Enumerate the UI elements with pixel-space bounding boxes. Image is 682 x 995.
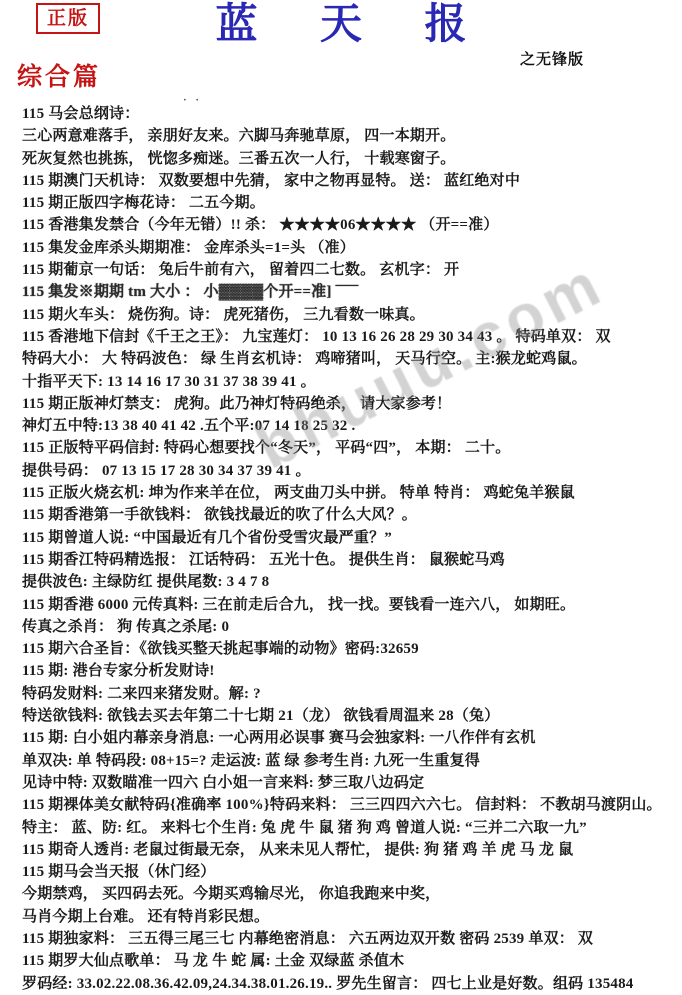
report-line-34: 115 期奇人透肖: 老鼠过街最无奈， 从来未见人帮忙， 提供: 狗 猪 鸡 羊… [22, 839, 680, 861]
report-line-16: 115 正版特平码信封: 特码心想要找个“冬天”， 平码“四”， 本期： 二十。 [22, 437, 680, 459]
section-title: 综合篇 [17, 57, 101, 93]
report-line-15: 神灯五中特:13 38 40 41 42 .五个平:07 14 18 25 32… [22, 415, 680, 437]
report-line-28: 特送欲钱料: 欲钱去买去年第二十七期 21（龙） 欲钱看周温来 28（兔） [22, 705, 680, 727]
report-line-2: 三心两意难落手， 亲朋好友来。六脚马奔驰草原， 四一本期开。 [22, 125, 680, 147]
report-line-26: 115 期: 港台专家分析发财诗! [22, 660, 680, 682]
report-line-30: 单双决: 单 特码段: 08+15=? 走运波: 蓝 绿 参考生肖: 九死一生重… [22, 750, 680, 772]
report-line-19: 115 期香港第一手欲钱料： 欲钱找最近的吹了什么大风？。 [22, 504, 680, 526]
report-line-7: 115 集发金库杀头期期准： 金库杀头=1=头 （准） [22, 237, 680, 259]
report-line-31: 见诗中特: 双数瞄准一四六 白小姐一言来料: 梦三取八边码定 [22, 772, 680, 794]
report-line-8: 115 期葡京一句话： 兔后牛前有六， 留着四二七数。 玄机字： 开 [22, 259, 680, 281]
report-line-4: 115 期澳门天机诗： 双数要想中先猜， 家中之物再显特。 送： 蓝红绝对中 [22, 170, 680, 192]
report-line-13: 十指平天下: 13 14 16 17 30 31 37 38 39 41 。 [22, 371, 680, 393]
report-line-6: 115 香港集发禁合（今年无错）!! 杀： ★★★★06★★★★ （开==准） [22, 214, 680, 236]
report-line-11: 115 香港地下信封《千王之王》： 九宝莲灯： 10 13 16 26 28 2… [22, 326, 680, 348]
report-line-5: 115 期正版四字梅花诗： 二五今期。 [22, 192, 680, 214]
report-line-24: 传真之杀肖： 狗 传真之杀尾: 0 [22, 616, 680, 638]
report-line-10: 115 期火车头： 烧伤狗。诗： 虎死猪伤， 三九看数一味真。 [22, 304, 680, 326]
report-line-9: 115 集发※期期 tm 大小 ： 小▓▓▓▓个开==准] ¯¯¯ [22, 281, 680, 303]
report-line-17: 提供号码： 07 13 15 17 28 30 34 37 39 41 。 [22, 460, 680, 482]
report-line-20: 115 期曾道人说: “中国最近有几个省份受雪灾最严重？” [22, 527, 680, 549]
report-line-36: 今期禁鸡， 买四码去死。今期买鸡输尽光， 你追我跑来中奖， [22, 883, 680, 905]
report-line-37: 马肖今期上台难。 还有特肖彩民想。 [22, 906, 680, 928]
report-line-39: 115 期罗大仙点歌单： 马 龙 牛 蛇 属: 土金 双绿蓝 杀值木 [22, 950, 680, 972]
report-line-35: 115 期马会当天报（休门经） [22, 861, 680, 883]
report-body: 115 马会总纲诗：三心两意难落手， 亲朋好友来。六脚马奔驰草原， 四一本期开。… [22, 103, 680, 995]
blue-sky-report-page: 正版 蓝 天 报 之无锋版 综合篇 · · bhuuu.com 115 马会总纲… [0, 0, 682, 995]
report-line-40: 罗码经: 33.02.22.08.36.42.09,24.34.38.01.26… [22, 973, 680, 995]
report-line-18: 115 正版火烧玄机: 坤为作来羊在位， 两支曲刀头中拼。 特单 特肖： 鸡蛇兔… [22, 482, 680, 504]
report-line-32: 115 期裸体美女献特码{准确率 100%}特码来料： 三三四四六六七。 信封料… [22, 794, 680, 816]
report-line-1: 115 马会总纲诗： [22, 103, 680, 125]
edition-label: 之无锋版 [520, 48, 584, 69]
report-line-25: 115 期六合圣旨：《欲钱买整天挑起事端的动物》密码:32659 [22, 638, 680, 660]
report-line-27: 特码发财料: 二来四来猪发财。解: ? [22, 683, 680, 705]
page-title: 蓝 天 报 [0, 2, 682, 48]
report-line-14: 115 期正版神灯禁支： 虎狗。此乃神灯特码绝杀， 请大家参考！ [22, 393, 680, 415]
report-line-12: 特码大小： 大 特码波色： 绿 生肖玄机诗： 鸡啼猪叫， 天马行空。 主:猴龙蛇… [22, 348, 680, 370]
report-line-21: 115 期香江特码精选报： 江话特码： 五光十色。 提供生肖： 鼠猴蛇马鸡 [22, 549, 680, 571]
report-line-38: 115 期独家料： 三五得三尾三七 内幕绝密消息： 六五两边双开数 密码 253… [22, 928, 680, 950]
report-line-3: 死灰复然也挑拣， 恍惚多痴迷。三番五次一人行， 十载寒窗子。 [22, 148, 680, 170]
report-line-29: 115 期: 白小姐内幕亲身消息: 一心两用必误事 赛马会独家料: 一八作伴有玄… [22, 727, 680, 749]
report-line-33: 特主： 蓝、防: 红。 来料七个生肖: 兔 虎 牛 鼠 猪 狗 鸡 曾道人说: … [22, 817, 680, 839]
report-line-22: 提供波色: 主绿防红 提供尾数: 3 4 7 8 [22, 571, 680, 593]
report-line-23: 115 期香港 6000 元传真料: 三在前走后合九， 找一找。要钱看一连六八，… [22, 594, 680, 616]
